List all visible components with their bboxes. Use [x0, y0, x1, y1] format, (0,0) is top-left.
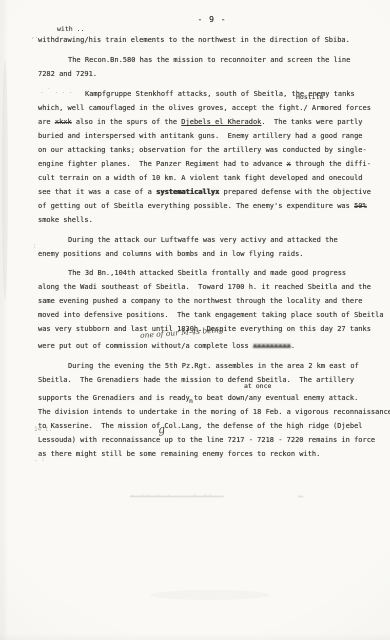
text-line: cult terrain on a width of 10 km. A viol…: [38, 171, 390, 185]
text-segment: along the Wadi southeast of Sbeitla. Tow…: [38, 283, 371, 291]
page-number: - 9 -: [197, 15, 226, 24]
text-segment: cult terrain on a width of 10 km. A viol…: [38, 174, 363, 182]
text-segment: on our attacking tanks; observation for …: [38, 146, 367, 154]
text-line: along the Wadi southeast of Sbeitla. Tow…: [38, 280, 390, 294]
text-segment: . The tanks were partly: [261, 118, 362, 126]
text-segment: 50%: [354, 202, 367, 210]
text-segment: as there might still be some remaining e…: [38, 450, 320, 458]
text-segment: are: [38, 118, 55, 126]
text-line: supports the Grenadiers and is ready to …: [38, 391, 390, 405]
text-line: as there might still be some remaining e…: [38, 447, 390, 461]
typed-insertion-n: n: [189, 397, 193, 405]
text-block: withdrawing/his train elements to the no…: [38, 33, 390, 461]
text-segment: Lessouda) with reconnaissance up to the …: [38, 436, 375, 444]
text-segment: prepared defense with the objective: [219, 188, 371, 196]
text-segment: supports the Grenadiers and is ready to …: [38, 394, 358, 402]
paper-stain: [2, 60, 8, 300]
text-line: withdrawing/his train elements to the no…: [38, 33, 390, 47]
text-line: 7282 and 7291.: [38, 67, 390, 81]
text-line: During the evening the 5th Pz.Rgt. assem…: [38, 359, 390, 373]
text-line: see that it was a case of a systematical…: [38, 185, 390, 199]
text-segment: buried and interspersed with antitank gu…: [38, 132, 363, 140]
text-segment: to Kasserine. The mission of Col.Lang, t…: [38, 422, 363, 430]
pencil-mark: 14 t.: [34, 426, 52, 433]
text-segment: moved into defensive positions. The tank…: [38, 311, 384, 319]
pencil-mark: ,.: [31, 33, 38, 40]
text-segment: which, well camouflaged in the olives gr…: [38, 104, 371, 112]
typed-insertion-at-once: at once: [244, 382, 271, 390]
text-line: Kampfgruppe Stenkhoff attacks, south of …: [38, 87, 390, 101]
document-page: - 9 - withdrawing/his train elements to …: [0, 0, 390, 640]
text-segment: enemy positions and columns with bombs a…: [38, 250, 304, 258]
text-line: enemy positions and columns with bombs a…: [38, 247, 390, 261]
text-segment: During the evening the 5th Pz.Rgt. assem…: [68, 362, 359, 370]
text-segment: Sbeitla. The Grenadiers hade the mission…: [38, 376, 354, 384]
text-segment: of getting out of Sbeitla everything pos…: [38, 202, 354, 210]
text-segment: smoke shells.: [38, 216, 93, 224]
text-line: Lessouda) with reconnaissance up to the …: [38, 433, 390, 447]
text-segment: The Recon.Bn.580 has the mission to reco…: [68, 56, 350, 64]
text-line: which, well camouflaged in the olives gr…: [38, 101, 390, 115]
text-line: to Kasserine. The mission of Col.Lang, t…: [38, 419, 390, 433]
pencil-mark: :: [33, 243, 37, 250]
text-line: The 3d Bn.,104th attacked Sbeitla fronta…: [38, 266, 390, 280]
text-line: Sbeitla. The Grenadiers hade the mission…: [38, 373, 390, 387]
text-segment: The 3d Bn.,104th attacked Sbeitla fronta…: [68, 269, 346, 277]
text-segment: xxxxxxxxx: [253, 342, 291, 350]
text-line: The Recon.Bn.580 has the mission to reco…: [38, 53, 390, 67]
text-segment: see that it was a case of a: [38, 188, 156, 196]
text-line: are xkxk also in the spurs of the Djebel…: [38, 115, 390, 129]
text-segment: .: [291, 342, 295, 350]
text-line: same evening pushed a company to the nor…: [38, 294, 390, 308]
text-line: The division intends to undertake in the…: [38, 405, 390, 419]
text-line: on our attacking tanks; observation for …: [38, 143, 390, 157]
text-line: buried and interspersed with antitank gu…: [38, 129, 390, 143]
text-segment: were put out of commission without/a com…: [38, 342, 253, 350]
text-segment: 7282 and 7291.: [38, 70, 97, 78]
pencil-mark: . ` . . .: [40, 88, 73, 95]
text-segment: withdrawing/his train elements to the no…: [38, 36, 350, 44]
text-line: moved into defensive positions. The tank…: [38, 308, 390, 322]
text-line: engine fighter planes. The Panzer Regime…: [38, 157, 390, 171]
text-segment: The division intends to undertake in the…: [38, 408, 390, 416]
text-segment: through the diffi-: [291, 160, 371, 168]
text-line: During the attack our Luftwaffe was very…: [38, 233, 390, 247]
text-line: were put out of commission without/a com…: [38, 339, 390, 353]
text-line: of getting out of Sbeitla everything pos…: [38, 199, 390, 213]
typed-insertion-with: with ..: [57, 25, 84, 33]
text-segment: xkxk: [55, 118, 72, 126]
text-segment: During the attack our Luftwaffe was very…: [68, 236, 338, 244]
illegible-smudge: –: [298, 492, 303, 500]
text-line: smoke shells.: [38, 213, 390, 227]
typed-insertion-hostile: Hostile: [296, 93, 323, 101]
text-segment: also in the spurs of the: [72, 118, 182, 126]
pencil-mark: . :: [34, 456, 45, 463]
text-segment: engine fighter planes. The Panzer Regime…: [38, 160, 287, 168]
paper-stain: [150, 590, 270, 600]
text-segment: systematicallyx: [156, 188, 219, 196]
text-segment: same evening pushed a company to the nor…: [38, 297, 363, 305]
illegible-smudge: ·–··—·–· ––·—··—–: [130, 492, 224, 500]
text-segment: Djebels el Kheradok: [181, 118, 261, 126]
